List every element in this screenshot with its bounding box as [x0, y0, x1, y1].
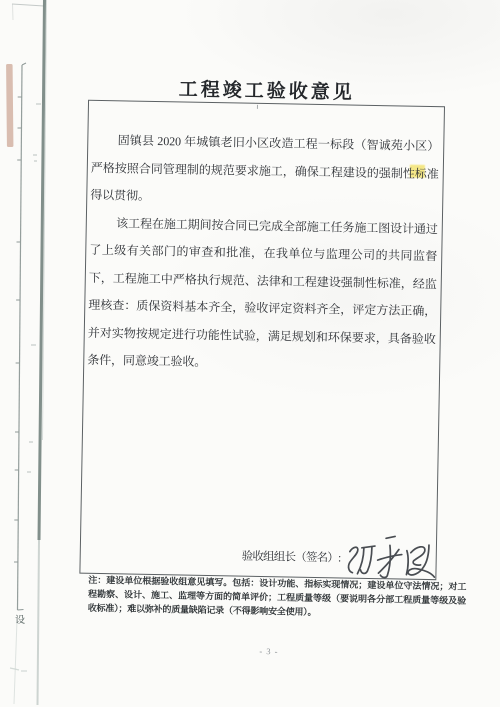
- signature-handwriting: [344, 530, 437, 584]
- page-number: - 3 -: [247, 646, 291, 657]
- acceptance-opinion-box: 固镇县 2020 年城镇老旧小区改造工程一标段（智诚苑小区）严格按照合同管理制的…: [79, 100, 445, 580]
- opinion-paragraph: 该工程在施工期间按合同已完成全部施工任务施工图设计通过了上级有关部门的审查和批准…: [87, 209, 438, 380]
- opinion-paragraph: 固镇县 2020 年城镇老旧小区改造工程一标段（智诚苑小区）严格按照合同管理制的…: [90, 127, 439, 216]
- opinion-body: 固镇县 2020 年城镇老旧小区改造工程一标段（智诚苑小区）严格按照合同管理制的…: [84, 101, 444, 381]
- document-content: 工程竣工验收意见 固镇县 2020 年城镇老旧小区改造工程一标段（智诚苑小区）严…: [0, 0, 500, 707]
- signature-label: 验收组组长（签名）:: [242, 548, 352, 566]
- scanned-document-page: 设 工程竣工验收意见 固镇县 2020 年城镇老旧小区改造工程一标段（智诚苑小区…: [0, 0, 500, 707]
